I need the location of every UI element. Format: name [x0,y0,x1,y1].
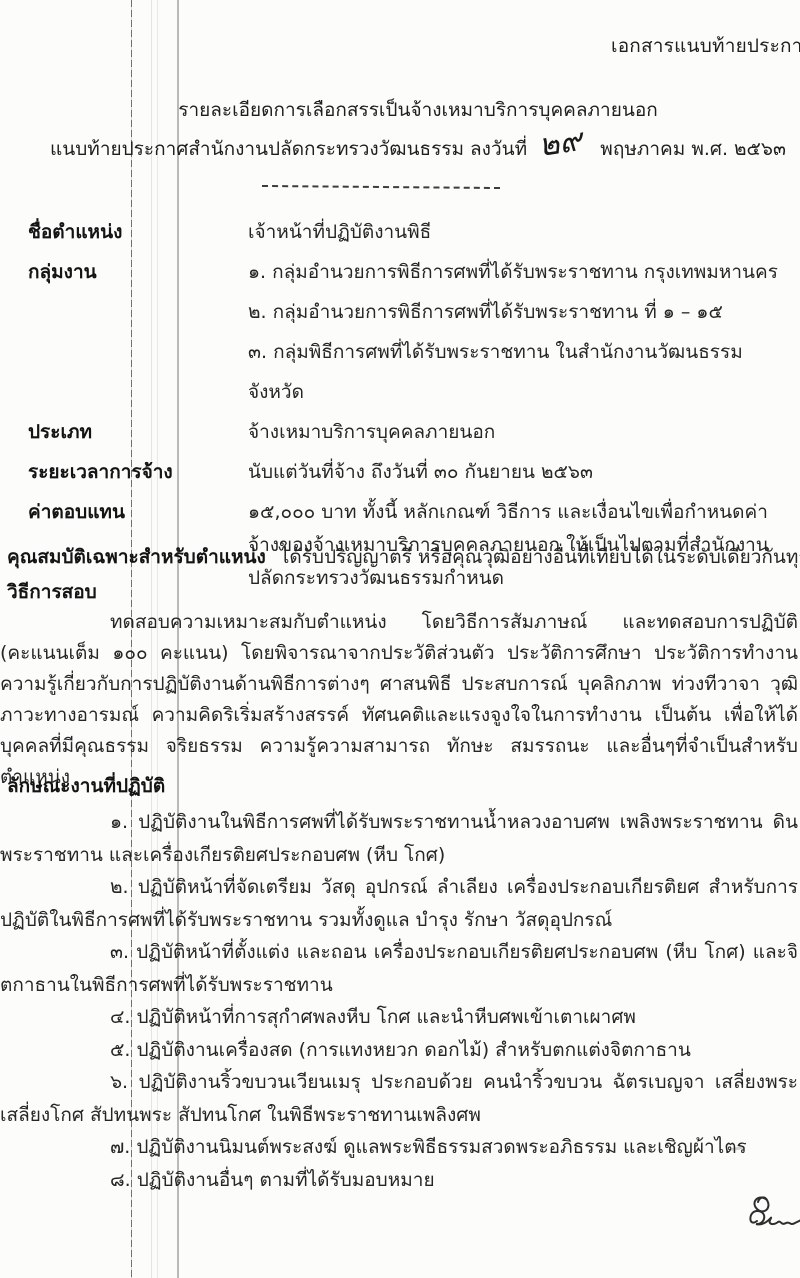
duties-heading: ลักษณะงานที่ปฏิบัติ [7,771,165,801]
field-label: ประเภท [0,412,248,452]
handwritten-date-day: ๒๙ [538,130,584,157]
fields-section: ชื่อตำแหน่ง เจ้าหน้าที่ปฏิบัติงานพิธี กล… [0,212,800,595]
work-group-item-2: ๒. กลุ่มอำนวยการพิธีการศพที่ได้รับพระราช… [248,292,798,332]
field-label: ค่าตอบแทน [0,492,248,532]
subtitle-prefix: แนบท้ายประกาศสำนักงานปลัดกระทรวงวัฒนธรรม… [50,138,527,160]
field-label: ชื่อตำแหน่ง [0,212,248,252]
duty-item-8: ๘. ปฏิบัติงานอื่นๆ ตามที่ได้รับมอบหมาย [0,1164,798,1197]
exam-method-heading: วิธีการสอบ [7,577,97,607]
field-value: ๑. กลุ่มอำนวยการพิธีการศพที่ได้รับพระราช… [248,252,800,412]
header-note: เอกสารแนบท้ายประกาศ [611,31,800,61]
duty-item-5: ๕. ปฏิบัติงานเครื่องสด (การแทงหยวก ดอกไม… [0,1034,798,1067]
duties-list: ๑. ปฏิบัติงานในพิธีการศพที่ได้รับพระราชท… [0,806,798,1196]
exam-method-paragraph: ทดสอบความเหมาะสมกับตำแหน่ง โดยวิธีการสัม… [0,607,798,793]
field-value: เจ้าหน้าที่ปฏิบัติงานพิธี [248,212,800,252]
field-label: กลุ่มงาน [0,252,248,292]
title-block: รายละเอียดการเลือกสรรเป็นจ้างเหมาบริการบ… [18,95,800,169]
qualification-label: คุณสมบัติเฉพาะสำหรับตำแหน่ง [7,546,266,568]
duty-item-2: ๒. ปฏิบัติหน้าที่จัดเตรียม วัสดุ อุปกรณ์… [0,871,798,936]
subtitle-suffix: พฤษภาคม พ.ศ. ๒๕๖๓ [600,138,786,160]
scanned-document-page: เอกสารแนบท้ายประกาศ รายละเอียดการเลือกสร… [0,0,800,1278]
qualification-text: ได้รับปริญญาตรี หรือคุณวุฒิอย่างอื่นที่เ… [280,546,800,568]
document-title: รายละเอียดการเลือกสรรเป็นจ้างเหมาบริการบ… [18,95,800,125]
dashed-separator-line [262,185,500,189]
duty-item-3: ๓. ปฏิบัติหน้าที่ตั้งแต่ง และถอน เครื่อง… [0,936,798,1001]
document-subtitle: แนบท้ายประกาศสำนักงานปลัดกระทรวงวัฒนธรรม… [18,129,800,169]
work-group-item-1: ๑. กลุ่มอำนวยการพิธีการศพที่ได้รับพระราช… [248,252,798,292]
field-row-work-group: กลุ่มงาน ๑. กลุ่มอำนวยการพิธีการศพที่ได้… [0,252,800,412]
work-group-item-3: ๓. กลุ่มพิธีการศพที่ได้รับพระราชทาน ในสำ… [248,332,798,412]
qualification-line: คุณสมบัติเฉพาะสำหรับตำแหน่งได้รับปริญญาต… [7,542,800,572]
duty-item-7: ๗. ปฏิบัติงานนิมนต์พระสงฆ์ ดูแลพระพิธีธร… [0,1131,798,1164]
signature-mark [742,1186,800,1240]
field-label: ระยะเวลาการจ้าง [0,452,248,492]
field-row-employment-period: ระยะเวลาการจ้าง นับแต่วันที่จ้าง ถึงวันท… [0,452,800,492]
field-value: นับแต่วันที่จ้าง ถึงวันที่ ๓๐ กันยายน ๒๕… [248,452,800,492]
field-value: จ้างเหมาบริการบุคคลภายนอก [248,412,800,452]
duty-item-4: ๔. ปฏิบัติหน้าที่การสุกำศพลงหีบ โกศ และน… [0,1001,798,1034]
duty-item-1: ๑. ปฏิบัติงานในพิธีการศพที่ได้รับพระราชท… [0,806,798,871]
field-row-position-name: ชื่อตำแหน่ง เจ้าหน้าที่ปฏิบัติงานพิธี [0,212,800,252]
duty-item-6: ๖. ปฏิบัติงานริ้วขบวนเวียนเมรุ ประกอบด้ว… [0,1066,798,1131]
field-row-type: ประเภท จ้างเหมาบริการบุคคลภายนอก [0,412,800,452]
